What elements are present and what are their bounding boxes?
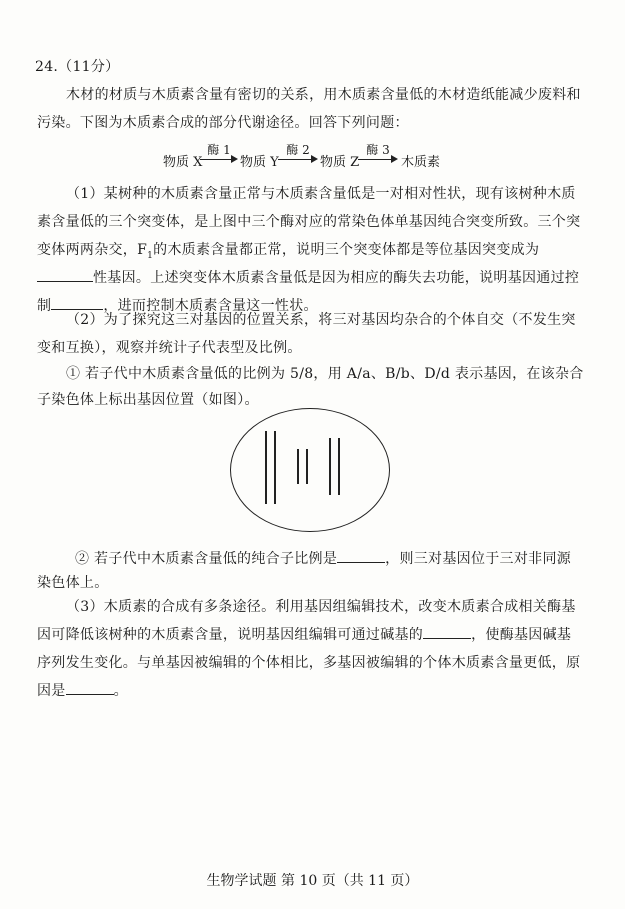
part3-line-4: 因是。 bbox=[37, 680, 128, 700]
part2-line-1: （2）为了探究这三对基因的位置关系，将三对基因均杂合的个体自交（不发生突 bbox=[66, 309, 576, 329]
answer-blank-4[interactable] bbox=[423, 624, 471, 639]
part2-sub2-line-2: 染色体上。 bbox=[37, 572, 109, 592]
part2-sub1-line-1: ① 若子代中木质素含量低的比例为 5/8，用 A/a、B/b、D/d 表示基因，… bbox=[66, 363, 584, 383]
chromosome-1b bbox=[274, 431, 276, 504]
chromosome-3b bbox=[338, 438, 340, 495]
page-footer: 生物学试题 第 10 页（共 11 页） bbox=[0, 870, 625, 890]
part3-line-2: 因可降低该树种的木质素含量，说明基因组编辑可通过碱基的，使酶基因碱基 bbox=[37, 624, 571, 644]
pathway-node-z: 物质 Z bbox=[320, 151, 359, 170]
part1-line-2: 素含量低的三个突变体，是上图中三个酶对应的常染色体单基因纯合突变所致。三个突 bbox=[37, 211, 580, 231]
arrow-head-icon bbox=[311, 155, 318, 163]
part1-line-4: 性基因。上述突变体木质素含量低是因为相应的酶失去功能，说明基因通过控 bbox=[37, 267, 579, 287]
chromosome-2a bbox=[297, 449, 299, 484]
answer-blank-2[interactable] bbox=[51, 295, 103, 310]
part2-sub2-line-1: ② 若子代中木质素含量低的纯合子比例是，则三对基因位于三对非同源 bbox=[75, 548, 571, 568]
cell-chromosome-figure[interactable] bbox=[230, 408, 390, 532]
arrow-head-icon bbox=[391, 155, 398, 163]
question-number: 24.（11分） bbox=[35, 56, 119, 76]
answer-blank-5[interactable] bbox=[66, 680, 114, 695]
arrow-head-icon bbox=[231, 155, 238, 163]
part3-line-3: 序列发生变化。与单基因被编辑的个体相比，多基因被编辑的个体木质素含量更低，原 bbox=[37, 652, 580, 672]
intro-line-2: 污染。下图为木质素合成的部分代谢途径。回答下列问题： bbox=[37, 112, 409, 132]
answer-blank-3[interactable] bbox=[337, 548, 385, 563]
part2-line-2: 变和互换），观察并统计子代表型及比例。 bbox=[37, 337, 302, 357]
part3-line-1: （3）木质素的合成有多条途径。利用基因组编辑技术，改变木质素合成相关酶基 bbox=[66, 596, 576, 616]
pathway-node-lignin: 木质素 bbox=[401, 151, 440, 170]
chromosome-3a bbox=[329, 438, 331, 495]
pathway-node-y: 物质 Y bbox=[240, 151, 279, 170]
pathway-node-x: 物质 X bbox=[163, 151, 202, 170]
part1-line-1: （1）某树种的木质素含量正常与木质素含量低是一对相对性状，现有该树种木质 bbox=[66, 183, 576, 203]
chromosome-2b bbox=[306, 449, 308, 484]
intro-line-1: 木材的材质与木质素含量有密切的关系，用木质素含量低的木材造纸能减少废料和 bbox=[66, 84, 581, 104]
answer-blank-1[interactable] bbox=[37, 267, 93, 282]
part1-line-3: 变体两两杂交，F1的木质素含量都正常，说明三个突变体都是等位基因突变成为 bbox=[37, 239, 539, 261]
part2-sub1-line-2: 子染色体上标出基因位置（如图）。 bbox=[37, 389, 259, 409]
chromosome-1a bbox=[265, 431, 267, 504]
